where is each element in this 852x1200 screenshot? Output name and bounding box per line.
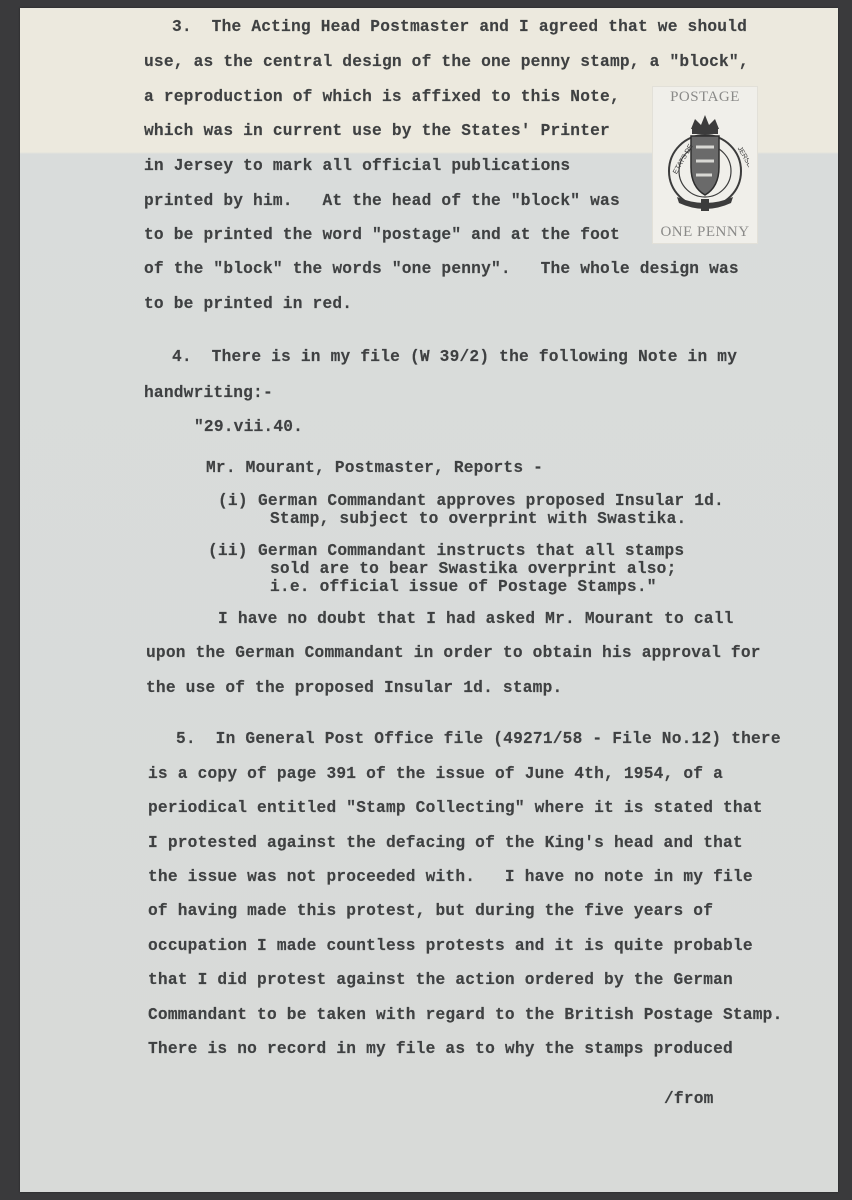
para5-line-4: I protested against the defacing of the … <box>148 834 743 852</box>
para3-line-9: to be printed in red. <box>144 295 352 313</box>
para3-line-2: use, as the central design of the one pe… <box>144 53 749 71</box>
followup-line-3: the use of the proposed Insular 1d. stam… <box>146 679 562 697</box>
para3-line-3: a reproduction of which is affixed to th… <box>144 88 620 106</box>
stamp-one-penny-label: ONE PENNY <box>653 224 757 241</box>
item-ii-line-3: i.e. official issue of Postage Stamps." <box>270 578 657 596</box>
para3-line-4: which was in current use by the States' … <box>144 122 610 140</box>
item-i-line-2: Stamp, subject to overprint with Swastik… <box>270 510 686 528</box>
svg-text:JERSEY: JERSEY <box>736 146 749 173</box>
followup-line-2: upon the German Commandant in order to o… <box>146 644 761 662</box>
para3-line-6: printed by him. At the head of the "bloc… <box>144 192 620 210</box>
para3-line-1: 3. The Acting Head Postmaster and I agre… <box>172 18 747 36</box>
para5-line-5: the issue was not proceeded with. I have… <box>148 868 753 886</box>
jersey-crest-icon: ETATS DE JERSEY <box>661 109 749 221</box>
para5-line-3: periodical entitled "Stamp Collecting" w… <box>148 799 763 817</box>
para3-line-8: of the "block" the words "one penny". Th… <box>144 260 739 278</box>
para5-line-1: 5. In General Post Office file (49271/58… <box>176 730 781 748</box>
item-ii-line-2: sold are to bear Swastika overprint also… <box>270 560 676 578</box>
item-ii-label: (ii) <box>208 542 248 560</box>
affixed-stamp-block: POSTAGE ETATS DE JERSEY ONE PENNY <box>652 86 758 244</box>
para3-line-5: in Jersey to mark all official publicati… <box>144 157 570 175</box>
para5-line-6: of having made this protest, but during … <box>148 902 713 920</box>
para5-line-8: that I did protest against the action or… <box>148 971 733 989</box>
continuation-catchword: /from <box>664 1090 714 1108</box>
para5-line-7: occupation I made countless protests and… <box>148 937 753 955</box>
stamp-postage-label: POSTAGE <box>653 89 757 106</box>
para5-line-2: is a copy of page 391 of the issue of Ju… <box>148 765 723 783</box>
para4-line-1: 4. There is in my file (W 39/2) the foll… <box>172 348 737 366</box>
para5-line-10: There is no record in my file as to why … <box>148 1040 733 1058</box>
item-i-line-1: German Commandant approves proposed Insu… <box>258 492 724 510</box>
item-i-label: (i) <box>218 492 248 510</box>
para5-line-9: Commandant to be taken with regard to th… <box>148 1006 783 1024</box>
quote-heading: Mr. Mourant, Postmaster, Reports - <box>206 459 543 477</box>
quote-date: "29.vii.40. <box>194 418 303 436</box>
para4-line-2: handwriting:- <box>144 384 273 402</box>
para3-line-7: to be printed the word "postage" and at … <box>144 226 620 244</box>
followup-line-1: I have no doubt that I had asked Mr. Mou… <box>218 610 734 628</box>
item-ii-line-1: German Commandant instructs that all sta… <box>258 542 684 560</box>
